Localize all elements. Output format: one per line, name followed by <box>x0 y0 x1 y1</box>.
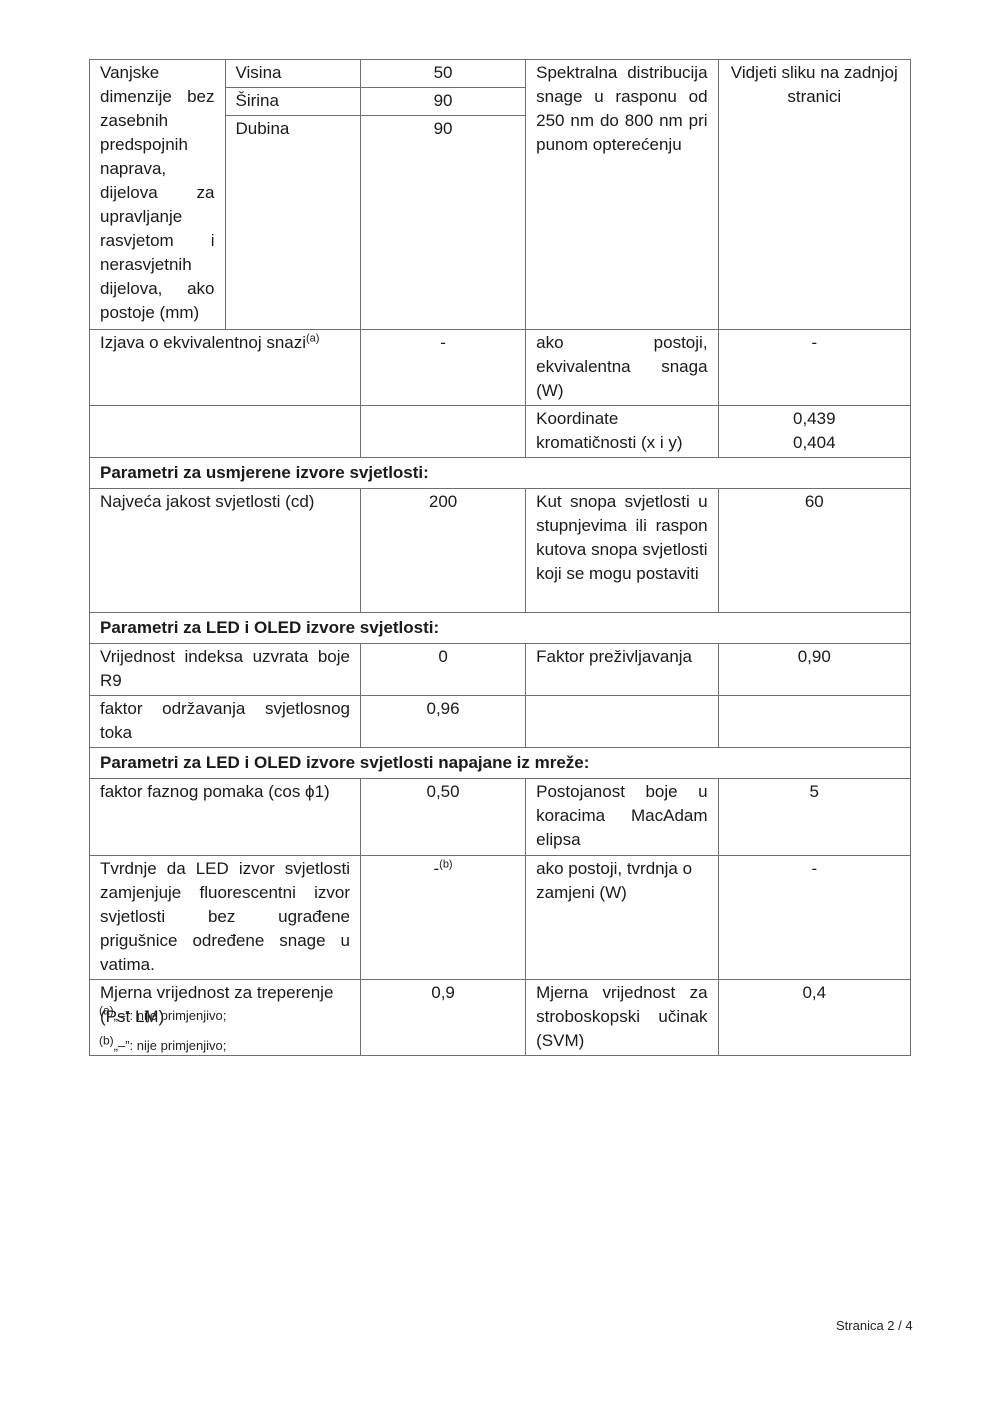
footnote-ref-b: (b) <box>439 858 452 870</box>
dimension-value-height: 50 <box>361 60 526 88</box>
dimensions-label: Vanjske dimenzije bez zasebnih predspojn… <box>90 60 226 330</box>
displacement-factor-label: faktor faznog pomaka (cos ϕ1) <box>90 779 361 856</box>
chromaticity-empty-value <box>361 406 526 458</box>
chromaticity-values: 0,439 0,404 <box>718 406 910 458</box>
footnote-ref-a: (a) <box>306 332 319 344</box>
survival-factor-label: Faktor preživljavanja <box>526 644 718 696</box>
max-intensity-value: 200 <box>361 489 526 613</box>
lumen-maintenance-label: faktor održavanja svjetlosnog toka <box>90 696 361 748</box>
table-row-max-intensity: Najveća jakost svjetlosti (cd) 200 Kut s… <box>90 489 911 613</box>
displacement-factor-value: 0,50 <box>361 779 526 856</box>
equivalent-power-right-value: - <box>718 330 910 406</box>
footnote-a: (a)„–”: nije primjenjivo; <box>99 1008 226 1023</box>
beam-angle-label: Kut snopa svjetlosti u stupnjevima ili r… <box>526 489 718 613</box>
equivalent-power-value: - <box>361 330 526 406</box>
dimension-name-height: Visina <box>225 60 361 88</box>
footnote-b: (b)„–”: nije primjenjivo; <box>99 1038 226 1053</box>
table-row-r9: Vrijednost indeksa uzvrata boje R9 0 Fak… <box>90 644 911 696</box>
section-header-led-oled-mains: Parametri za LED i OLED izvore svjetlost… <box>90 748 911 779</box>
replacement-watt-label: ako postoji, tvrdnja o zamjeni (W) <box>526 856 718 980</box>
table-row-replacement-claim: Tvrdnje da LED izvor svjetlosti zamjenju… <box>90 856 911 980</box>
dimension-value-depth: 90 <box>361 116 526 330</box>
section-header-directional: Parametri za usmjerene izvore svjetlosti… <box>90 458 911 489</box>
chromaticity-empty-label <box>90 406 361 458</box>
replacement-claim-label: Tvrdnje da LED izvor svjetlosti zamjenju… <box>90 856 361 980</box>
table-row-displacement-factor: faktor faznog pomaka (cos ϕ1) 0,50 Posto… <box>90 779 911 856</box>
r9-label: Vrijednost indeksa uzvrata boje R9 <box>90 644 361 696</box>
max-intensity-label: Najveća jakost svjetlosti (cd) <box>90 489 361 613</box>
lumen-maintenance-value: 0,96 <box>361 696 526 748</box>
chromaticity-y: 0,404 <box>729 431 900 455</box>
section-header-led-oled: Parametri za LED i OLED izvore svjetlost… <box>90 613 911 644</box>
beam-angle-value: 60 <box>718 489 910 613</box>
table-row-equivalent-power: Izjava o ekvivalentnoj snazi(a) - ako po… <box>90 330 911 406</box>
page-number: Stranica 2 / 4 <box>836 1318 913 1333</box>
chromaticity-x: 0,439 <box>729 407 900 431</box>
dimension-value-width: 90 <box>361 88 526 116</box>
stroboscopic-label: Mjerna vrijednost za stroboskopski učina… <box>526 980 718 1056</box>
table-row-lumen-maintenance: faktor održavanja svjetlosnog toka 0,96 <box>90 696 911 748</box>
spectral-distribution-value: Vidjeti sliku na zadnjoj stranici <box>718 60 910 330</box>
survival-factor-value: 0,90 <box>718 644 910 696</box>
section-title-directional: Parametri za usmjerene izvore svjetlosti… <box>90 458 911 489</box>
spectral-distribution-label: Spektralna distribucija snage u rasponu … <box>526 60 718 330</box>
replacement-watt-value: - <box>718 856 910 980</box>
colour-consistency-value: 5 <box>718 779 910 856</box>
empty-right-label <box>526 696 718 748</box>
stroboscopic-value: 0,4 <box>718 980 910 1056</box>
table-row-dimensions: Vanjske dimenzije bez zasebnih predspojn… <box>90 60 911 88</box>
flicker-value: 0,9 <box>361 980 526 1056</box>
equivalent-power-label: Izjava o ekvivalentnoj snazi(a) <box>90 330 361 406</box>
chromaticity-label: Koordinate kromatičnosti (x i y) <box>526 406 718 458</box>
product-information-table: Vanjske dimenzije bez zasebnih predspojn… <box>89 59 911 1056</box>
empty-right-value <box>718 696 910 748</box>
equivalent-power-right-label: ako postoji, ekvivalentna snaga (W) <box>526 330 718 406</box>
dimension-name-depth: Dubina <box>225 116 361 330</box>
section-title-led-oled-mains: Parametri za LED i OLED izvore svjetlost… <box>90 748 911 779</box>
replacement-claim-value: -(b) <box>361 856 526 980</box>
r9-value: 0 <box>361 644 526 696</box>
dimension-name-width: Širina <box>225 88 361 116</box>
section-title-led-oled: Parametri za LED i OLED izvore svjetlost… <box>90 613 911 644</box>
colour-consistency-label: Postojanost boje u koracima MacAdam elip… <box>526 779 718 856</box>
table-row-chromaticity: Koordinate kromatičnosti (x i y) 0,439 0… <box>90 406 911 458</box>
